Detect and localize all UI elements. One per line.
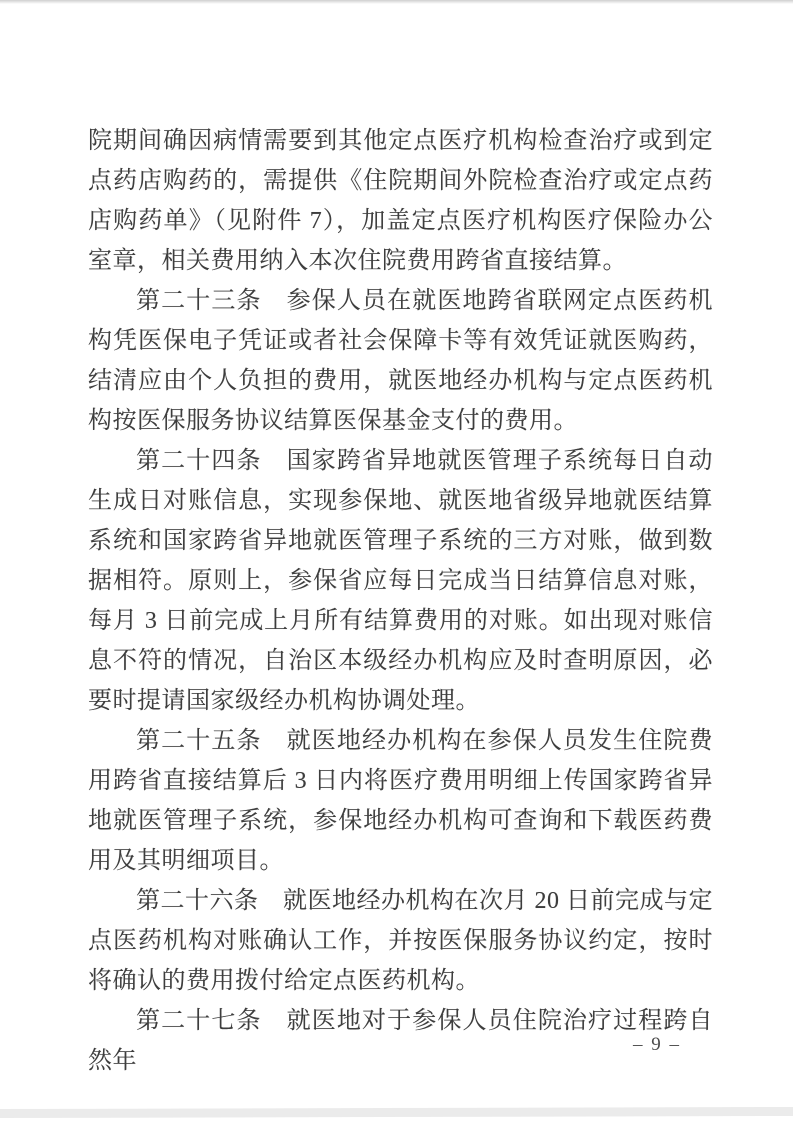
- paragraph-continuation: 院期间确因病情需要到其他定点医疗机构检查治疗或到定点药店购药的，需提供《住院期间…: [88, 121, 713, 281]
- scan-edge-bottom: [0, 1107, 793, 1118]
- paragraph-article-23: 第二十三条 参保人员在就医地跨省联网定点医药机构凭医保电子凭证或者社会保障卡等有…: [88, 281, 713, 441]
- page-number: – 9 –: [633, 1034, 703, 1056]
- paragraph-article-26: 第二十六条 就医地经办机构在次月 20 日前完成与定点医药机构对账确认工作，并按…: [88, 881, 713, 1001]
- paragraph-article-25: 第二十五条 就医地经办机构在参保人员发生住院费用跨省直接结算后 3 日内将医疗费…: [88, 721, 713, 881]
- paragraph-article-27: 第二十七条 就医地对于参保人员住院治疗过程跨自然年: [88, 1001, 713, 1081]
- scan-edge-top: [0, 0, 793, 4]
- paragraph-article-24: 第二十四条 国家跨省异地就医管理子系统每日自动生成日对账信息，实现参保地、就医地…: [88, 441, 713, 721]
- document-body: 院期间确因病情需要到其他定点医疗机构检查治疗或到定点药店购药的，需提供《住院期间…: [88, 121, 713, 1081]
- document-page: 院期间确因病情需要到其他定点医疗机构检查治疗或到定点药店购药的，需提供《住院期间…: [0, 0, 793, 1121]
